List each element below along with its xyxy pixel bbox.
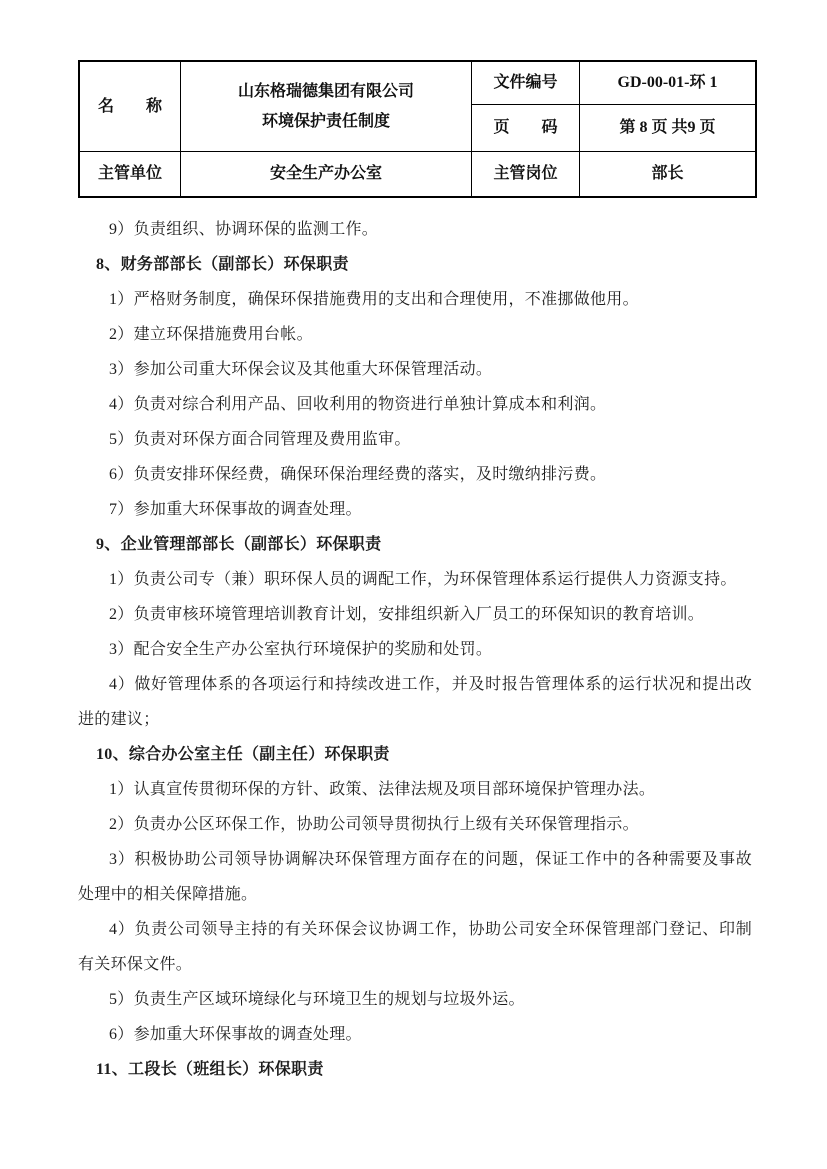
document-title: 环境保护责任制度 [181,107,471,137]
section-heading: 8、财务部部长（副部长）环保职责 [78,247,752,282]
list-item: 3）配合安全生产办公室执行环境保护的奖励和处罚。 [78,632,752,667]
section-heading: 10、综合办公室主任（副主任）环保职责 [78,737,752,772]
list-item: 1）负责公司专（兼）职环保人员的调配工作，为环保管理体系运行提供人力资源支持。 [78,562,752,597]
list-item: 7）参加重大环保事故的调查处理。 [78,492,752,527]
header-cell-dept-value: 安全生产办公室 [181,152,472,198]
list-item: 5）负责生产区域环境绿化与环境卫生的规划与垃圾外运。 [78,982,752,1017]
header-cell-page-label: 页 码 [472,105,580,152]
list-item: 6）负责安排环保经费，确保环保治理经费的落实，及时缴纳排污费。 [78,457,752,492]
header-cell-doc-no-value: GD-00-01-环 1 [580,61,757,105]
list-item: 1）严格财务制度，确保环保措施费用的支出和合理使用，不准挪做他用。 [78,282,752,317]
list-item: 1）认真宣传贯彻环保的方针、政策、法律法规及项目部环境保护管理办法。 [78,772,752,807]
document-body: 9）负责组织、协调环保的监测工作。8、财务部部长（副部长）环保职责1）严格财务制… [78,212,752,1087]
list-item: 2）建立环保措施费用台帐。 [78,317,752,352]
company-name: 山东格瑞德集团有限公司 [181,77,471,107]
list-item: 4）负责公司领导主持的有关环保会议协调工作，协助公司安全环保管理部门登记、印制有… [78,912,752,982]
header-cell-post-value: 部长 [580,152,757,198]
list-item: 4）做好管理体系的各项运行和持续改进工作，并及时报告管理体系的运行状况和提出改进… [78,667,752,737]
header-cell-page-value: 第 8 页 共9 页 [580,105,757,152]
section-heading: 9、企业管理部部长（副部长）环保职责 [78,527,752,562]
list-item: 6）参加重大环保事故的调查处理。 [78,1017,752,1052]
section-heading: 11、工段长（班组长）环保职责 [78,1052,752,1087]
list-item: 9）负责组织、协调环保的监测工作。 [78,212,752,247]
list-item: 2）负责办公区环保工作，协助公司领导贯彻执行上级有关环保管理指示。 [78,807,752,842]
header-cell-post-label: 主管岗位 [472,152,580,198]
document-header-table: 名 称 山东格瑞德集团有限公司 环境保护责任制度 文件编号 GD-00-01-环… [78,60,757,198]
header-cell-name-label: 名 称 [79,61,181,152]
list-item: 5）负责对环保方面合同管理及费用监审。 [78,422,752,457]
list-item: 2）负责审核环境管理培训教育计划，安排组织新入厂员工的环保知识的教育培训。 [78,597,752,632]
list-item: 4）负责对综合利用产品、回收利用的物资进行单独计算成本和利润。 [78,387,752,422]
list-item: 3）参加公司重大环保会议及其他重大环保管理活动。 [78,352,752,387]
header-cell-dept-label: 主管单位 [79,152,181,198]
document-page: 名 称 山东格瑞德集团有限公司 环境保护责任制度 文件编号 GD-00-01-环… [0,0,827,1169]
header-cell-doc-no-label: 文件编号 [472,61,580,105]
header-cell-name-value: 山东格瑞德集团有限公司 环境保护责任制度 [181,61,472,152]
list-item: 3）积极协助公司领导协调解决环保管理方面存在的问题，保证工作中的各种需要及事故处… [78,842,752,912]
